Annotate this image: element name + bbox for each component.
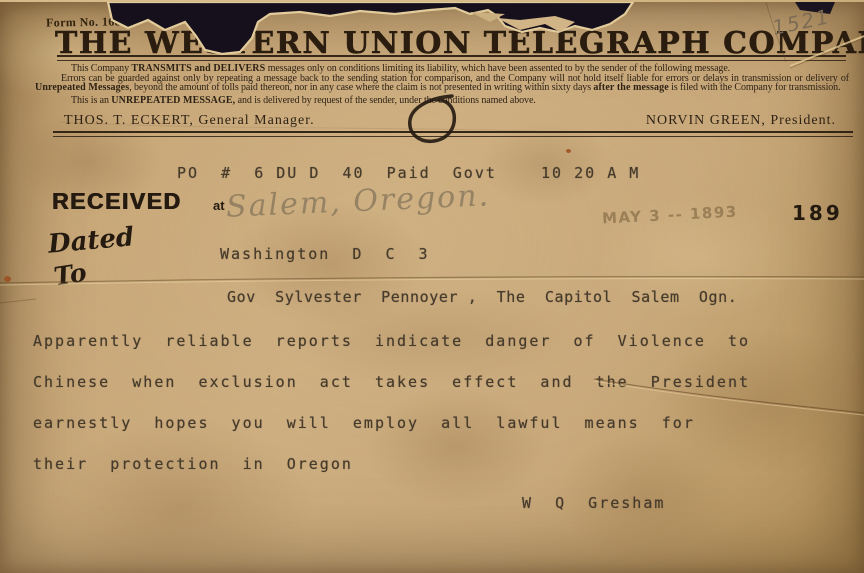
service-line: PO # 6 DU D 40 Paid Govt 10 20 A M <box>177 164 640 182</box>
message-line: Chinese when exclusion act takes effect … <box>33 373 750 391</box>
to-label: To <box>52 258 89 292</box>
terms-paragraph-2: Errors can be guarded against only by re… <box>35 74 849 93</box>
signature: W Q Gresham <box>522 494 665 512</box>
general-manager-name: THOS. T. ECKERT, General Manager. <box>64 113 315 129</box>
at-label: at <box>213 198 225 213</box>
year-prefix: 189 <box>792 201 843 225</box>
torn-paper-scrap <box>470 12 505 22</box>
officers-row: THOS. T. ECKERT, General Manager. NORVIN… <box>64 113 836 129</box>
message-line: Apparently reliable reports indicate dan… <box>33 332 750 350</box>
message-line: earnestly hopes you will employ all lawf… <box>33 414 695 432</box>
president-name: NORVIN GREEN, President. <box>646 113 836 129</box>
rust-speck <box>566 149 571 153</box>
double-rule-top <box>57 55 846 61</box>
terms-and-conditions: This Company TRANSMITS and DELIVERS mess… <box>35 64 849 106</box>
message-line: their protection in Oregon <box>33 455 353 473</box>
addressee-line: Gov Sylvester Pennoyer , The Capitol Sal… <box>227 288 737 306</box>
dated-label: Dated <box>47 222 135 259</box>
received-at-label: RECEIVED <box>52 188 182 215</box>
rust-speck <box>4 276 11 282</box>
double-rule-bottom <box>53 131 853 137</box>
origin-line: Washington D C 3 <box>220 245 430 263</box>
received-location-stamp: Salem, Oregon. <box>225 178 490 224</box>
date-received-stamp: MAY 3 -- 1893 <box>602 202 739 227</box>
terms-paragraph-3: This is an UNREPEATED MESSAGE, and is de… <box>35 96 849 106</box>
telegram-document: Form No. 168 THE WESTERN UNION TELEGRAPH… <box>0 0 864 573</box>
